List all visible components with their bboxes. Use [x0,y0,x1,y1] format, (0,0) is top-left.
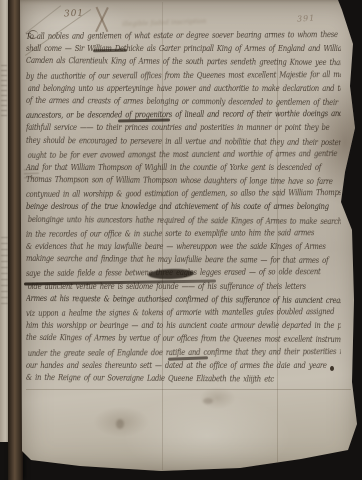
manuscript-line: viz uppon a healme the signes & tokens o… [26,305,341,320]
margin-note [24,169,39,179]
folio-number-right: 391 [297,13,316,23]
margin-scribble [1,234,8,304]
scan-background: 301 illegible faded inscription 391 To a… [0,0,362,480]
manuscript-line: beinge desirous of the true knowledge an… [26,200,341,213]
manuscript-line: the saide Kinges of Armes by vertue of o… [26,331,341,346]
stain-smudge [203,398,213,404]
text-block: To all nobles and gentlemen of what esta… [26,29,341,385]
manuscript-line: faithfull service —— to their princes co… [26,121,341,134]
manuscript-line: ought to be for ever avowed amongst the … [28,147,341,162]
strike-through [93,49,127,53]
margin-scribble [1,64,7,116]
stain-smudge [116,419,124,429]
dark-spot [330,366,334,371]
manuscript-line: our handes and seales thereunto sett — d… [26,359,341,372]
manuscript-line: And for that William Thompson of Wighill… [26,161,341,174]
manuscript-line: in the recordes of our office & in suche… [26,226,341,241]
manuscript-line: and belonging unto us apperteyninge have… [28,82,341,95]
manuscript-line: & evidences that he may lawfullie beare … [26,240,341,253]
folio-number-left: 301 [64,8,85,19]
manuscript-line: & in the Reigne of our Soveraigne Ladie … [26,371,341,386]
manuscript-line: by the aucthoritie of our severall offic… [26,68,341,83]
manuscript-line: auncestors, or be descended of progenito… [26,107,341,122]
manuscript-line: To all nobles and gentlemen of what esta… [26,28,341,43]
manuscript-line: contynued in all worshipp & good estimat… [26,186,341,201]
